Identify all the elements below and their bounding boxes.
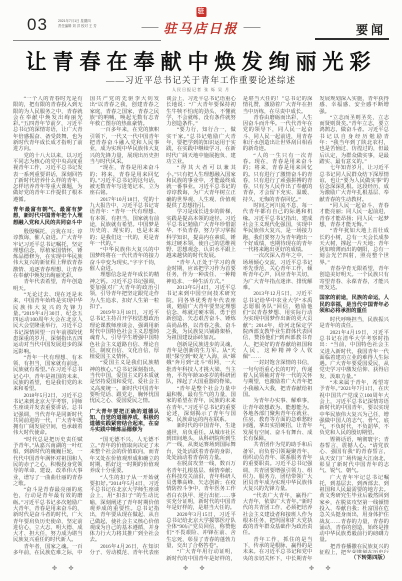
body-paragraph: 广大青年牢记总书记嘱托，到基层去、到西部去、到祖国和人民最需要的地方去。黄文秀研… <box>319 475 389 544</box>
body-paragraph: 2013年12月5日，习近平总书记给华中农业大学“本禹志愿服务队”回信，勉励他们… <box>243 291 313 360</box>
bottom-ornament: ✤ ✤ <box>183 565 210 572</box>
body-paragraph: 时代呼唤担当，民族振兴是青年的责任。 <box>319 317 389 330</box>
body-paragraph: “中华民族伟大复兴的中国梦终将在一代代青年的接力奋斗中变为现实。”字字千钧，催人… <box>90 247 160 272</box>
body-paragraph: “人的一生只有一次青春。现在，青春是用来奋斗的；将来，青春是用来回忆的。只有进行… <box>243 153 313 203</box>
body-paragraph: 2017年10月18日，党的十九大报告中，习近平总书记寄语青年：“青年一代有理想… <box>90 197 160 247</box>
body-paragraph: 殷殷嘱托，言犹在耳；谆谆教诲，催人奋进。广大青年牢记习近平总书记嘱托，坚定理想信… <box>13 229 83 279</box>
body-paragraph: 2013年5月4日，习近平总书记来到中国空间技术研究院，同各界优秀青年代表座谈，… <box>166 285 236 342</box>
body-paragraph: 2020年3月15日，习近平总书记给北京大学援鄂医疗队全体“90后”党员回信，称… <box>166 512 236 550</box>
jump-note: （下转第四版） <box>346 553 388 561</box>
body-paragraph: “代表广大青年，赢得广大青年，依靠广大青年。”新时代的共青团工作，必须把培养社会… <box>243 493 313 537</box>
body-paragraph: 青春孕育无限希望，青年创造美好明天。一个民族只有寄望青春、永葆青春，才能兴旺发达… <box>319 266 389 291</box>
masthead-dash-left <box>141 27 158 28</box>
body-paragraph: “国无德不兴，人无德不立。”青年的价值取向决定了未来整个社会的价值取向，而青年又… <box>90 437 160 475</box>
article-body: “一个人的青春时光是有限的，把有限的青春投入到无限的为人民服务之中，青春就会在奉… <box>13 96 389 562</box>
bottom-ornament: ✤ ✤ <box>52 565 79 572</box>
body-paragraph: 2021年4月19日，习近平总书记在清华大学考察时指出：“当前，中国特色社会主义… <box>319 330 389 380</box>
body-paragraph: 在脱贫攻坚一线，数百万名青年扎根基层、倾情奉献；在科技攻关前沿，青年科研人员勇攀… <box>166 461 236 511</box>
body-paragraph: 2018年5月2日，习近平总书记来到北京大学考察，同师生座谈并发表重要讲话。总书… <box>13 393 83 437</box>
body-paragraph: 一封封饱含深情的书信，一句句语重心长的叮咛，传递着人民领袖对青年一代的关怀与期望… <box>243 360 313 398</box>
body-paragraph: “青年人正处于学习的黄金时期，应该把学习作为首要任务，作为一种责任、一种精神追求… <box>166 260 236 285</box>
body-paragraph: 一百多年来，在党的旗帜引领下，一代又一代中国青年把青春奋斗融入党和人民事业，成为… <box>90 127 160 165</box>
body-paragraph: 共青团作为党的助手和后备军，肩负着引领凝聚青年、组织动员青年、联系服务青年的重要… <box>243 442 313 492</box>
body-paragraph: 创新是民族进步的灵魂，青年是创新的生力军。从“天眼”探空到“蛟龙”入海，从“嫦娥… <box>166 342 236 386</box>
body-paragraph: “要力行，知行合一，做实干家。”总书记勉励广大青年，要把学到的知识运用于实践，在… <box>166 127 236 165</box>
byline: 人民日报记者 张 烁 吴 月 <box>0 87 402 93</box>
header-rule-left <box>13 40 161 41</box>
body-paragraph: 理想信念是青年成长的精神之钙。习近平总书记强调，要加强对广大青年的政治引领，引导… <box>90 272 160 310</box>
masthead-logo: 驻 驻马店日报 <box>141 7 260 37</box>
body-paragraph: “人生的扣子从一开始就要扣好。”2014年5月4日，习近平总书记在北京大学师生座… <box>90 475 160 544</box>
section-subhead: 广大青年要把正确的道德认知、自觉的道德养成、积极的道德实践紧密结合起来，在奋斗实… <box>90 409 160 434</box>
body-paragraph: 学习是成长进步的阶梯，实践是提高本领的途径。习近平总书记勉励广大青年珍惜韶华、不… <box>166 209 236 259</box>
body-paragraph: “青年是整个社会力量中最积极、最有生气的力量，国家的希望在青年，民族的未来在青年… <box>166 386 236 424</box>
section-subhead: 国家的前途，民族的命运，人民的幸福，是当代中国青年必须和必将承担的重任 <box>319 295 389 314</box>
edition-editors: 责任编辑 刘 洋 校对 王 芳 <box>58 24 97 29</box>
masthead-name: 驻马店日报 <box>163 18 238 37</box>
body-paragraph: “立志而圣则圣矣，立志而贤则贤矣。”青年立志，要立鸿鹄志，做奋斗者。习近平总书记… <box>319 115 389 165</box>
headline: 让青春在奉献中焕发绚丽光彩 <box>0 46 402 76</box>
newspaper-page: 03 2021年7月1日 星期四 责任编辑 刘 洋 校对 王 芳 驻 驻马店日报… <box>0 0 402 581</box>
body-paragraph: 青春由磨砺而出彩，人生因奋斗而升华。一代代青年在党的领导下，同人民一起奋斗、同人… <box>243 115 313 153</box>
section-subhead: 青年最富有朝气、最富有梦想，新时代中国青年把个人理想融入党和人民的共同奋斗中 <box>13 207 83 226</box>
masthead-seal-icon: 驻 <box>196 7 206 17</box>
body-paragraph: “现在，青春是用来奋斗的；将来，青春是用来回忆的。”习近平总书记的这句话，被无数… <box>90 165 160 196</box>
subtitle: ——习近平总书记关于青年工作重要论述综述 <box>0 74 402 86</box>
body-paragraph: 时间之河川流不息，每一代青年都有自己的际遇和机缘。习近平总书记指出，建成社会主义… <box>243 203 313 253</box>
body-paragraph: “同人民一起奋斗，青春才能亮丽；同人民一起前进，青春才能昂扬；同人民一起梦想，青… <box>319 203 389 228</box>
body-paragraph: “时代总是把历史责任赋予青年。”从嘉兴南湖的一叶红船，到新时代的巍巍巨轮，一代代… <box>13 437 83 487</box>
section-label: 要闻 <box>356 21 386 38</box>
body-paragraph: “奋斗是青春最亮丽的底色，行动是青年最有效的磨砺。”习近平总书记多次勉励广大青年… <box>13 487 83 544</box>
body-paragraph: “得其大者可以兼其小。”只有把人生理想融入国家和民族的事业中，才能最终成就一番事… <box>166 165 236 209</box>
body-paragraph: 为青年办实事、解难事，让青年敢想敢为、能想能为。各地各部门聚焦青年在就业、住房、… <box>243 398 313 442</box>
body-paragraph: “青年犹如大地上茁壮成长的小树，总有一天会长成参天大树，撑起一片天地；青年犹如喷… <box>319 228 389 266</box>
page-number: 03 <box>27 15 48 35</box>
body-paragraph: 一次次深入青年之中，一场场倾心交流，习近平总书记率先垂范，关心青年工作，倾听青年… <box>243 253 313 291</box>
body-paragraph: 2019年3月18日，习近平总书记主持召开学校思想政治理论课教师座谈会，强调用新… <box>90 310 160 360</box>
body-paragraph: 七年知青岁月，让习近平总书记同人民群众结下深厚情谊，也让“要为人民做实事”的信念… <box>319 165 389 203</box>
body-paragraph: 铿锵话语，响彻寰宇；青春誓言，震撼人心。“请党放心、强国有我”的青春誓言，从天安… <box>319 437 389 475</box>
body-paragraph: “未来属于青年，希望寄予青年。”2021年7月1日，在庆祝中国共产党成立100周… <box>319 380 389 437</box>
bottom-ornament: ✤ ✤ <box>309 565 336 572</box>
body-paragraph: 党的十八大以来，以习近平同志为核心的党中央高度重视青年工作，习近平总书记发表一系… <box>13 153 83 203</box>
body-paragraph: “无论过去、现在还是未来，中国青年始终是实现中华民族伟大复兴的先锋力量。”201… <box>13 292 83 355</box>
edition-info: 2021年7月1日 星期四 责任编辑 刘 洋 校对 王 芳 <box>58 19 97 29</box>
header-rule-right <box>315 38 389 40</box>
body-paragraph: “一个人的青春时光是有限的，把有限的青春投入到无限的为人民服务之中，青春就会在奉… <box>13 96 83 153</box>
body-paragraph: 新时代的中国青年，生逢盛世，肩负重任。从城市社区到田间地头，从科研院所到生产一线… <box>166 423 236 461</box>
body-paragraph: 青年代表希望，青年创造明天。 <box>13 279 83 292</box>
body-paragraph: “爱国主义是我们民族精神的核心。”总书记深刻指出，当代中国，爱国主义的本质就是坚… <box>90 360 160 404</box>
body-paragraph: “青年一代有理想、有本领、有担当，国家就有前途，民族就有希望。”在习近平总书记心… <box>13 355 83 393</box>
masthead-dash-right <box>244 27 261 28</box>
